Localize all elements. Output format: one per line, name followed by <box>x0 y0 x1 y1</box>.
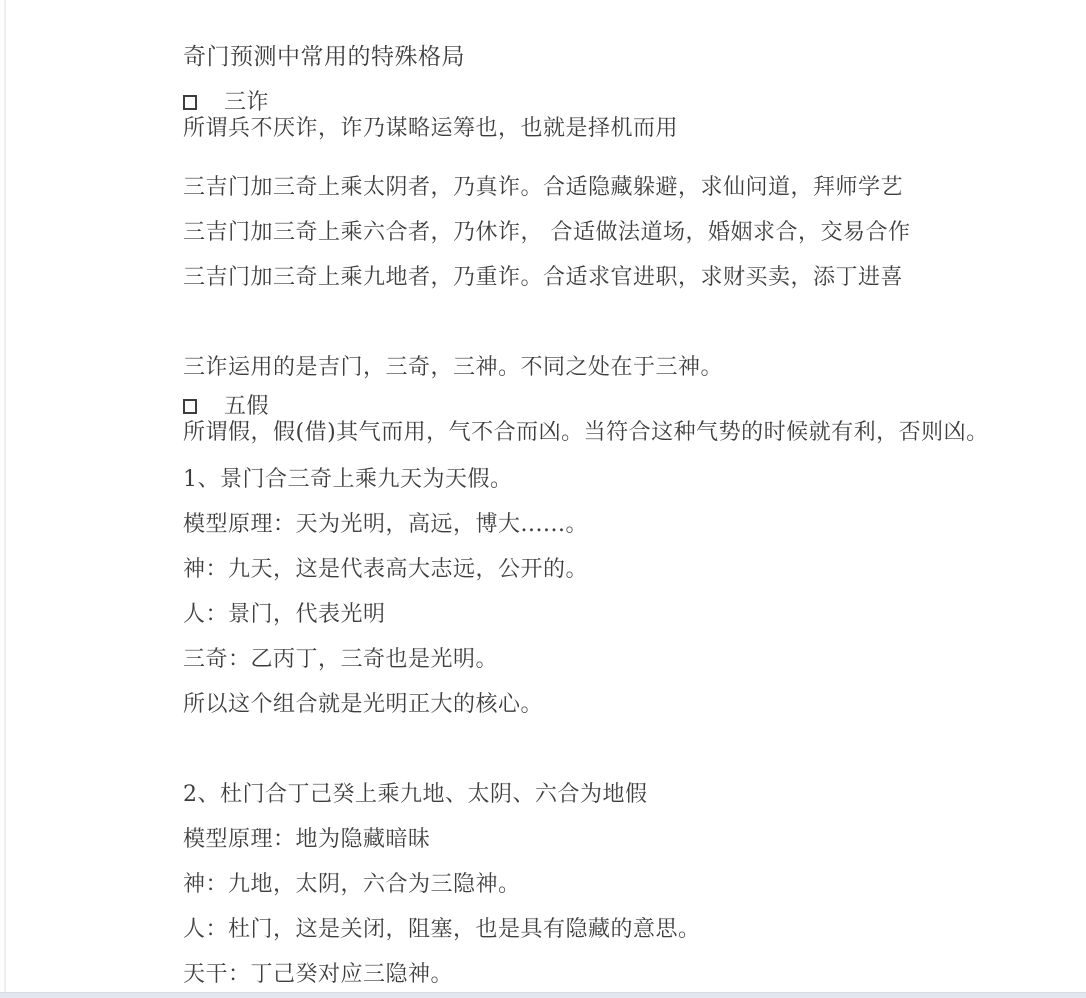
sanzha-item-taiyin: 三吉门加三奇上乘太阴者，乃真诈。合适隐藏躲避，求仙问道，拜师学艺 <box>183 175 1062 201</box>
section-sanzha-intro: 所谓兵不厌诈，诈乃谋略运筹也，也就是择机而用 <box>183 116 1062 142</box>
section-wujia-heading-block: 五假 所谓假，假(借)其气而用，气不合而凶。当符合这种气势的时候就有利，否则凶。 <box>183 394 1062 446</box>
sanzha-summary: 三诈运用的是吉门，三奇，三神。不同之处在于三神。 <box>183 355 1062 381</box>
wujia-item1-line-ren: 人：景门，代表光明 <box>183 602 1062 628</box>
section-sanzha-heading-line: 三诈 <box>183 90 1062 116</box>
wujia-item1-heading: 1、景门合三奇上乘九天为天假。 <box>183 467 1062 493</box>
wujia-item2-line-tiangan: 天干：丁己癸对应三隐神。 <box>183 962 1062 988</box>
section-wujia-heading: 五假 <box>224 394 269 419</box>
document-content: 奇门预测中常用的特殊格局 三诈 所谓兵不厌诈，诈乃谋略运筹也，也就是择机而用 三… <box>0 0 1086 988</box>
wujia-item1-line-shen: 神：九天，这是代表高大志远，公开的。 <box>183 557 1062 583</box>
wujia-item1-line-sanqi: 三奇：乙丙丁，三奇也是光明。 <box>183 647 1062 673</box>
sanzha-item-liuhe: 三吉门加三奇上乘六合者，乃休诈， 合适做法道场，婚姻求合，交易合作 <box>183 220 1062 246</box>
bottom-edge-strip <box>0 992 1086 998</box>
section-sanzha-heading-block: 三诈 所谓兵不厌诈，诈乃谋略运筹也，也就是择机而用 <box>183 90 1062 142</box>
bullet-square-icon <box>183 95 197 110</box>
wujia-item2-line-ren: 人：杜门，这是关闭，阻塞，也是具有隐藏的意思。 <box>183 917 1062 943</box>
document-page: 奇门预测中常用的特殊格局 三诈 所谓兵不厌诈，诈乃谋略运筹也，也就是择机而用 三… <box>0 0 1086 998</box>
section-wujia-intro: 所谓假，假(借)其气而用，气不合而凶。当符合这种气势的时候就有利，否则凶。 <box>183 420 1062 446</box>
sanzha-item-jiudi: 三吉门加三奇上乘九地者，乃重诈。合适求官进职，求财买卖，添丁进喜 <box>183 265 1062 291</box>
wujia-item1-line-model: 模型原理：天为光明，高远，博大......。 <box>183 512 1062 538</box>
wujia-item2-line-model: 模型原理：地为隐藏暗昧 <box>183 827 1062 853</box>
bullet-square-icon <box>183 399 197 414</box>
wujia-item2-line-shen: 神：九地，太阴，六合为三隐神。 <box>183 872 1062 898</box>
document-title: 奇门预测中常用的特殊格局 <box>183 44 1062 70</box>
wujia-item2-heading: 2、杜门合丁己癸上乘九地、太阴、六合为地假 <box>183 782 1062 808</box>
wujia-item1-line-conclusion: 所以这个组合就是光明正大的核心。 <box>183 692 1062 718</box>
section-wujia-heading-line: 五假 <box>183 394 1062 420</box>
section-sanzha-heading: 三诈 <box>224 90 269 115</box>
